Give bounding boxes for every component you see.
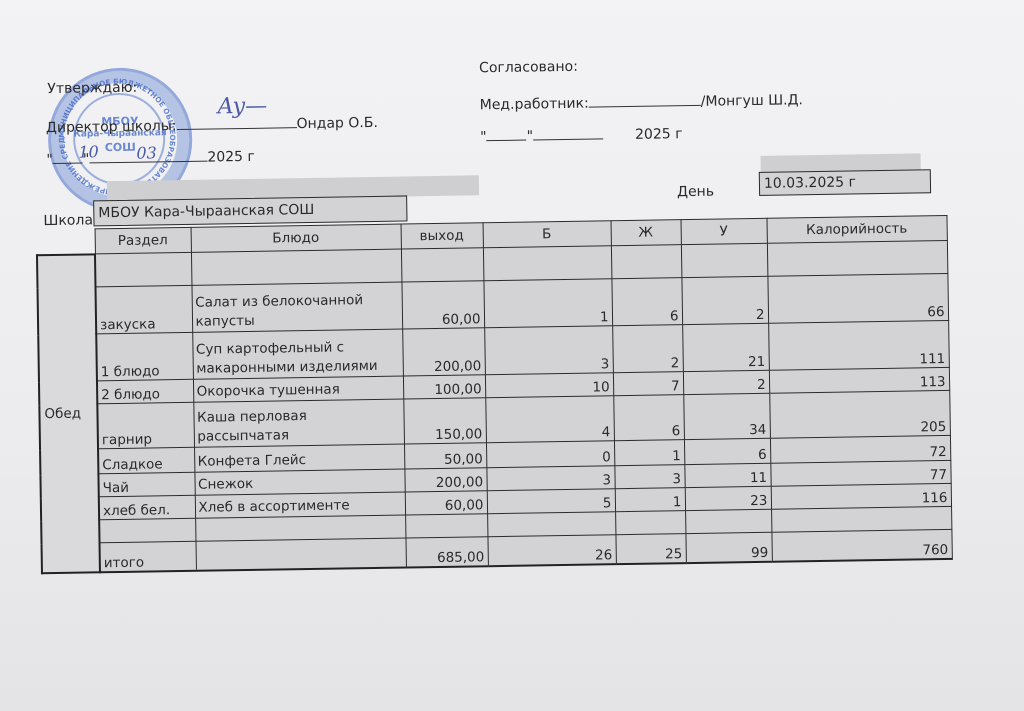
protein-cell bbox=[483, 246, 612, 281]
header-output: выход bbox=[401, 223, 483, 249]
carbs-cell: 21 bbox=[682, 323, 769, 371]
fat-cell: 6 bbox=[613, 395, 684, 441]
dish-cell: Каша перловая рассыпчатая bbox=[193, 399, 404, 447]
agreed-month-blank bbox=[533, 124, 603, 140]
header-dish: Блюдо bbox=[191, 224, 401, 252]
output-cell: 60,00 bbox=[405, 491, 487, 515]
handwritten-month: 03 bbox=[136, 143, 157, 162]
header-carbs: У bbox=[681, 218, 767, 244]
menu-document: МУНИЦИПАЛЬНОЕ БЮДЖЕТНОЕ ОБЩЕОБРАЗОВАТЕЛЬ… bbox=[0, 0, 1024, 711]
day-label: День bbox=[677, 184, 714, 201]
carbs-cell: 34 bbox=[683, 393, 770, 439]
fat-cell: 2 bbox=[612, 325, 683, 373]
total-carbs-cell: 99 bbox=[685, 532, 771, 563]
protein-cell: 3 bbox=[484, 326, 613, 375]
school-label: Школа bbox=[43, 212, 93, 229]
day-value: 10.03.2025 г bbox=[759, 169, 931, 196]
director-signature: Ay— bbox=[217, 94, 267, 120]
dish-cell: Окорочка тушенная bbox=[193, 376, 403, 402]
dish-cell: Суп картофельный с макаронными изделиями bbox=[192, 329, 403, 379]
carbs-cell: 23 bbox=[685, 486, 771, 510]
approval-year: 2025 г bbox=[207, 149, 255, 166]
output-cell: 60,00 bbox=[401, 281, 484, 329]
total-calories-cell: 760 bbox=[771, 529, 951, 561]
agreed-date-line: ""2025 г bbox=[480, 123, 683, 145]
agreed-day-blank bbox=[486, 126, 526, 142]
med-line: Мед.работник:/Монгуш Ш.Д. bbox=[480, 89, 804, 113]
header-fat: Ж bbox=[611, 220, 681, 246]
output-cell bbox=[401, 248, 484, 282]
calories-cell: 111 bbox=[768, 320, 949, 370]
protein-cell: 4 bbox=[485, 396, 614, 443]
section-cell: хлеб бел. bbox=[99, 495, 195, 520]
approval-label: Утверждаю: bbox=[47, 80, 137, 97]
protein-cell: 3 bbox=[486, 466, 614, 491]
dish-cell: Хлеб в ассортименте bbox=[195, 492, 405, 518]
dish-cell: Снежок bbox=[194, 469, 404, 495]
dish-cell bbox=[191, 249, 401, 285]
section-cell: 2 блюдо bbox=[97, 379, 193, 404]
fat-cell: 6 bbox=[611, 278, 682, 326]
calories-cell bbox=[767, 240, 947, 276]
med-label: Мед.работник: bbox=[480, 96, 589, 114]
total-dish-cell bbox=[195, 538, 405, 571]
header-calories: Калорийность bbox=[766, 215, 946, 243]
carbs-cell: 6 bbox=[684, 438, 770, 464]
agreed-label: Согласовано: bbox=[479, 59, 578, 77]
header-section: Раздел bbox=[95, 227, 191, 254]
fat-cell bbox=[611, 245, 682, 279]
school-value: МБОУ Кара-Чыраанская СОШ bbox=[93, 195, 407, 226]
output-cell: 200,00 bbox=[402, 328, 485, 376]
section-cell bbox=[95, 252, 192, 287]
section-cell: 1 блюдо bbox=[96, 332, 193, 381]
protein-cell: 1 bbox=[483, 279, 612, 328]
output-cell bbox=[405, 514, 487, 538]
director-name: Ондар О.Б. bbox=[296, 115, 378, 132]
calories-cell: 205 bbox=[769, 390, 950, 438]
menu-table: РазделБлюдовыходБЖУКалорийностьОбедзакус… bbox=[36, 215, 953, 574]
agreed-year: 2025 г bbox=[635, 126, 683, 143]
carbs-cell: 2 bbox=[681, 276, 768, 324]
fat-cell bbox=[615, 511, 685, 535]
calories-cell: 116 bbox=[771, 483, 951, 509]
director-line: Директор школы:Ондар О.Б. bbox=[46, 112, 378, 136]
output-cell: 200,00 bbox=[404, 468, 486, 492]
header-blank-cell bbox=[37, 229, 95, 255]
calories-cell: 72 bbox=[770, 435, 950, 463]
section-cell bbox=[99, 518, 195, 543]
total-section-cell: итого bbox=[100, 541, 196, 572]
calories-cell bbox=[771, 506, 951, 532]
protein-cell: 0 bbox=[486, 441, 614, 468]
dish-cell: Салат из белокочанной капусты bbox=[191, 282, 402, 332]
med-name: /Монгуш Ш.Д. bbox=[701, 92, 803, 110]
total-output-cell: 685,00 bbox=[405, 537, 487, 568]
protein-cell: 5 bbox=[487, 489, 615, 514]
total-fat-cell: 25 bbox=[615, 534, 685, 565]
section-cell: гарнир bbox=[97, 402, 194, 449]
dish-cell bbox=[195, 515, 405, 541]
protein-cell: 10 bbox=[485, 373, 613, 398]
meal-cell: Обед bbox=[37, 254, 100, 573]
output-cell: 100,00 bbox=[403, 375, 485, 399]
fat-cell: 1 bbox=[614, 440, 684, 466]
carbs-cell: 11 bbox=[684, 463, 770, 487]
output-cell: 150,00 bbox=[403, 398, 486, 444]
header-protein: Б bbox=[483, 221, 611, 248]
fat-cell: 3 bbox=[614, 465, 684, 489]
dish-cell: Конфета Глейс bbox=[194, 444, 404, 472]
carbs-cell: 2 bbox=[683, 370, 769, 394]
handwritten-day: 10 bbox=[78, 142, 99, 161]
carbs-cell bbox=[681, 243, 768, 277]
calories-cell: 113 bbox=[769, 367, 949, 393]
protein-cell bbox=[487, 512, 615, 537]
fat-cell: 7 bbox=[613, 372, 683, 396]
section-cell: закуска bbox=[95, 285, 192, 334]
calories-cell: 77 bbox=[770, 460, 950, 486]
calories-cell: 66 bbox=[767, 273, 948, 323]
med-signature-line bbox=[589, 91, 701, 108]
total-protein-cell: 26 bbox=[487, 535, 615, 567]
carbs-cell bbox=[685, 509, 771, 533]
fat-cell: 1 bbox=[615, 488, 685, 512]
section-cell: Чай bbox=[98, 472, 194, 497]
director-label: Директор школы: bbox=[46, 118, 177, 136]
section-cell: Сладкое bbox=[98, 447, 194, 474]
output-cell: 50,00 bbox=[404, 443, 486, 469]
